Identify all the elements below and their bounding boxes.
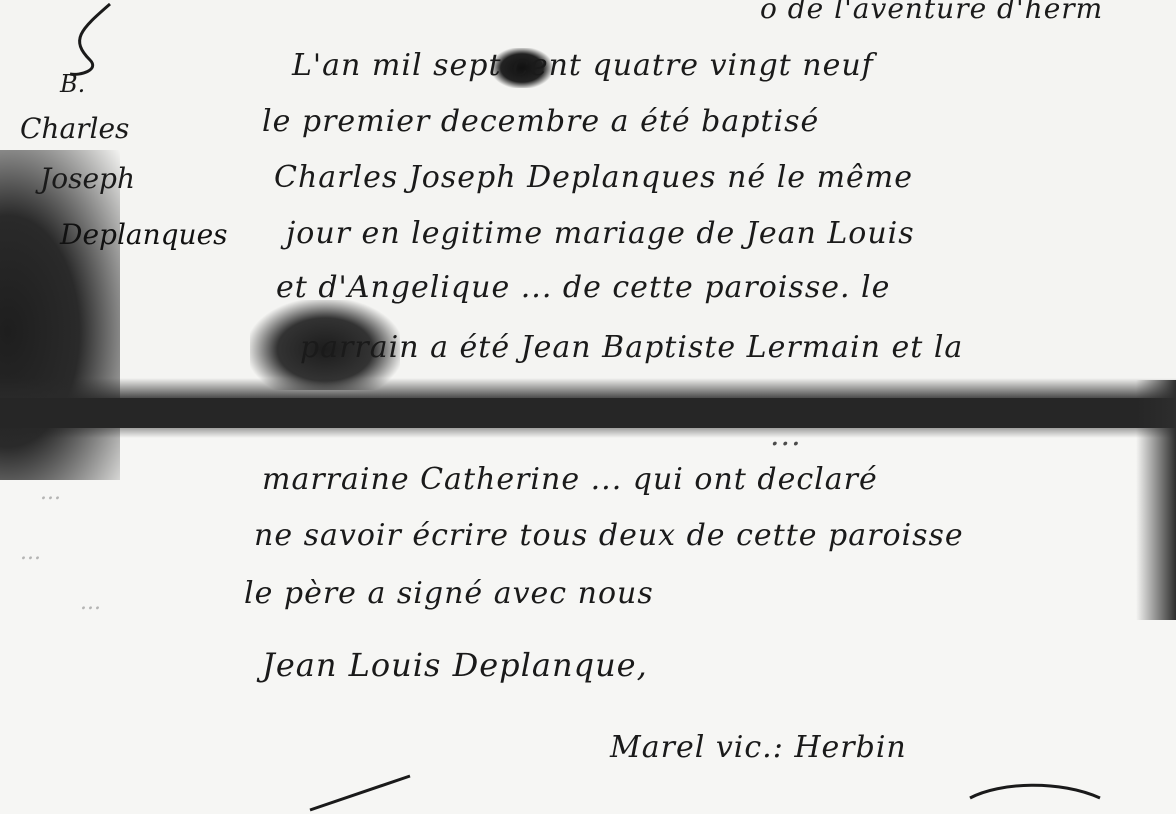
bleedthrough-line-3: ... (80, 590, 101, 615)
body-line-6: parrain a été Jean Baptiste Lermain et l… (300, 330, 963, 365)
body-line-1: L'an mil sept cent quatre vingt neuf (292, 48, 874, 83)
right-edge-shadow (1136, 380, 1176, 620)
margin-note-line-3: Joseph (40, 162, 135, 195)
body-line-9: le père a signé avec nous (244, 576, 654, 611)
obscured-line-fragment: ... (770, 418, 802, 453)
signature-vicar: Marel vic.: Herbin (610, 730, 907, 765)
body-line-4: jour en legitime mariage de Jean Louis (286, 216, 915, 251)
margin-flourish (60, 0, 130, 80)
body-line-3: Charles Joseph Deplanques né le même (274, 160, 913, 195)
header-fragment: o de l'aventure d'herm (760, 0, 1103, 25)
margin-note-line-4: Deplanques (60, 218, 228, 251)
bottom-stroke (300, 770, 420, 814)
bleedthrough-line-1: ... (40, 480, 61, 505)
bleedthrough-line-2: ... (20, 540, 41, 565)
body-line-2: le premier decembre a été baptisé (262, 104, 819, 139)
body-line-7: marraine Catherine ... qui ont declaré (262, 462, 878, 497)
body-line-8: ne savoir écrire tous deux de cette paro… (254, 518, 964, 553)
signature-flourish (960, 776, 1120, 806)
register-page: o de l'aventure d'herm B. Charles Joseph… (0, 0, 1176, 814)
fold-shadow-core (0, 398, 1176, 428)
margin-note-line-2: Charles (20, 112, 129, 145)
signature-father: Jean Louis Deplanque, (262, 646, 648, 684)
body-line-5: et d'Angelique ... de cette paroisse. le (276, 270, 890, 305)
